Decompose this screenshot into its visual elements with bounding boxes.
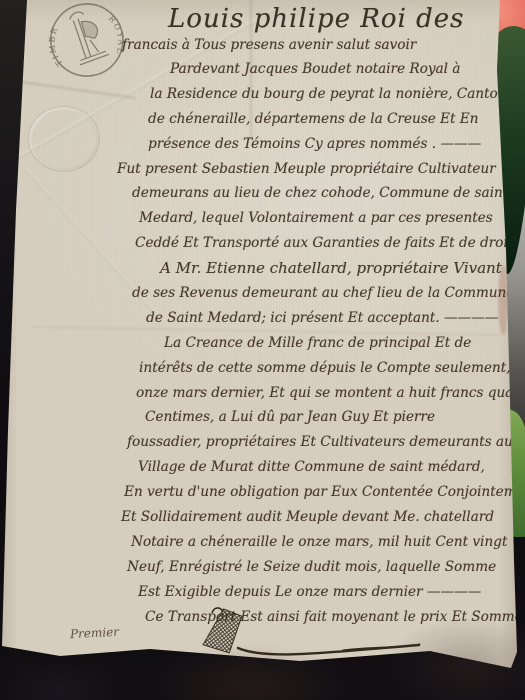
manuscript-line: francais à Tous presens avenir salut sav… [122,33,525,57]
manuscript-line: demeurans au lieu de chez cohode, Commun… [132,181,525,206]
manuscript-line: La Creance de Mille franc de principal E… [164,331,525,356]
manuscript-line: foussadier, propriétaires Et Cultivateur… [127,430,525,455]
manuscript-line: de ses Revenus demeurant au chef lieu de… [132,281,525,306]
manuscript-line: onze mars dernier, Et qui se montent a h… [136,381,525,406]
manuscript-text: Louis philipe Roi des francais à Tous pr… [130,2,525,629]
svg-text:TIMBRE: TIMBRE [39,0,66,70]
manuscript-line: Fut present Sebastien Meuple propriétair… [117,157,525,182]
manuscript-line: Et Sollidairement audit Meuple devant Me… [121,505,525,530]
manuscript-line: Ceddé Et Transporté aux Garanties de fai… [135,231,525,256]
stamp-left-text: TIMBRE [39,0,66,70]
manuscript-line: Centimes, a Lui dû par Jean Guy Et pierr… [145,405,525,430]
manuscript-line: A Mr. Etienne chatellard, propriétaire V… [160,256,525,281]
manuscript-line: de Saint Medard; ici présent Et acceptan… [146,306,525,331]
stamp-emblem-figure [63,7,109,65]
blind-embossed-seal [28,106,100,172]
manuscript-line: intérêts de cette somme dépuis le Compte… [139,356,525,381]
manuscript-line: Medard, lequel Volontairement a par ces … [139,206,525,231]
manuscript-line: la Residence du bourg de peyrat la noniè… [150,82,525,107]
timbre-royal-seal-icon: TIMBRE ROYAL [39,0,136,88]
ink-crosshatch-mark-icon [193,606,425,668]
manuscript-line: Neuf, Enrégistré le Seize dudit mois, la… [127,555,525,580]
manuscript-line: Louis philipe Roi des [168,2,525,33]
manuscript-line: Pardevant Jacques Boudet notaire Royal à [170,57,525,82]
margin-note: Premier [70,625,120,642]
manuscript-line: Est Exigible depuis Le onze mars dernier… [138,580,525,605]
manuscript-page: TIMBRE ROYAL Louis philipe Roi des franc… [0,0,525,700]
manuscript-line: Notaire a chéneraille le onze mars, mil … [131,530,525,555]
manuscript-line: Village de Murat ditte Commune de saint … [138,455,525,480]
manuscript-line: de chéneraille, départemens de la Creuse… [148,107,525,132]
photo-frame: TIMBRE ROYAL Louis philipe Roi des franc… [0,0,525,700]
manuscript-line: présence des Témoins Cy apres nommés . —… [148,132,525,157]
manuscript-line: En vertu d'une obligation par Eux Conten… [124,480,525,505]
